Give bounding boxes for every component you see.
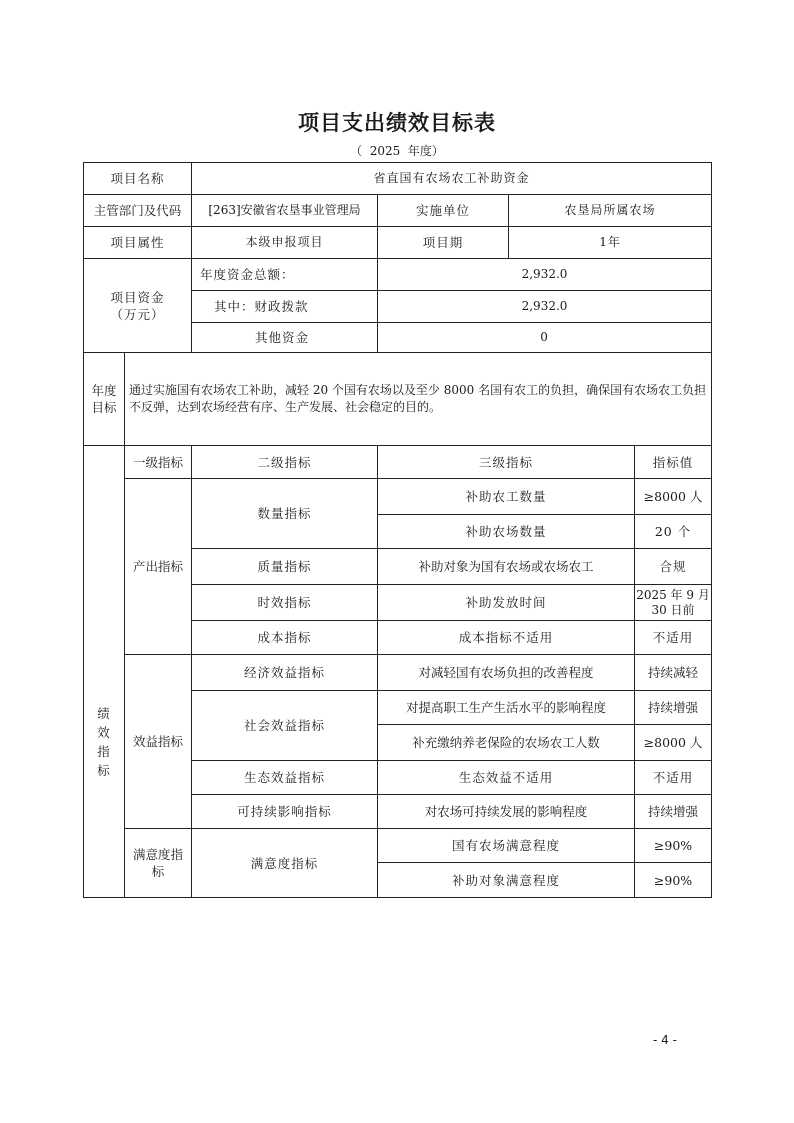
funds-label: 项目资金 （万元） <box>84 259 192 353</box>
header-level1: 一级指标 <box>125 446 192 479</box>
funds-unit-text: （万元） <box>86 306 189 323</box>
indicator-value: 持续减轻 <box>635 655 712 691</box>
indicator-value: 合规 <box>635 549 712 585</box>
project-name-value: 省直国有农场农工补助资金 <box>192 163 712 195</box>
annual-goal-label: 年度 目标 <box>84 353 125 446</box>
performance-target-table: 项目名称 省直国有农场农工补助资金 主管部门及代码 [263]安徽省农垦事业管理… <box>83 162 712 898</box>
indicator-value-line1: 2025 年 9 月 <box>635 588 711 603</box>
implementing-unit-label: 实施单位 <box>378 195 509 227</box>
section-char-3: 指 <box>86 742 122 761</box>
indicator-value: 不适用 <box>635 621 712 655</box>
funds-fiscal-label: 其中：财政拨款 <box>192 291 378 323</box>
indicator-value-line2: 30 日前 <box>635 603 711 618</box>
level1-benefit: 效益指标 <box>125 655 192 829</box>
level3-item: 生态效益不适用 <box>378 761 635 795</box>
funds-other-value: 0 <box>378 323 712 353</box>
indicator-value: ≥8000 人 <box>635 725 712 761</box>
indicator-value: 持续增强 <box>635 795 712 829</box>
level2-satisfaction: 满意度指标 <box>192 829 378 898</box>
annual-goal-text: 通过实施国有农场农工补助，减轻 20 个国有农场以及至少 8000 名国有农工的… <box>125 353 712 446</box>
level2-timeliness: 时效指标 <box>192 585 378 621</box>
project-attribute-label: 项目属性 <box>84 227 192 259</box>
project-period-label: 项目期 <box>378 227 509 259</box>
annual-goal-label-line1: 年度 <box>84 382 124 399</box>
page-number: - 4 - <box>640 1033 690 1047</box>
document-year: （ 2025 年度） <box>0 142 794 159</box>
section-char-4: 标 <box>86 761 122 780</box>
indicator-value: ≥90% <box>635 829 712 863</box>
project-attribute-value: 本级申报项目 <box>192 227 378 259</box>
header-level2: 二级指标 <box>192 446 378 479</box>
level3-item: 国有农场满意程度 <box>378 829 635 863</box>
level3-item: 补助对象满意程度 <box>378 863 635 898</box>
table-row: 效益指标 经济效益指标 对减轻国有农场负担的改善程度 持续减轻 <box>84 655 712 691</box>
annual-goal-label-line2: 目标 <box>84 399 124 416</box>
indicator-value: 20 个 <box>635 515 712 549</box>
header-level3: 三级指标 <box>378 446 635 479</box>
indicator-value: 2025 年 9 月 30 日前 <box>635 585 712 621</box>
table-row: 满意度指标 满意度指标 国有农场满意程度 ≥90% <box>84 829 712 863</box>
funds-total-value: 2,932.0 <box>378 259 712 291</box>
header-value: 指标值 <box>635 446 712 479</box>
section-char-1: 绩 <box>86 704 122 723</box>
project-name-label: 项目名称 <box>84 163 192 195</box>
department-label: 主管部门及代码 <box>84 195 192 227</box>
row-funds-total: 项目资金 （万元） 年度资金总额： 2,932.0 <box>84 259 712 291</box>
level2-quality: 质量指标 <box>192 549 378 585</box>
row-project-name: 项目名称 省直国有农场农工补助资金 <box>84 163 712 195</box>
level2-social: 社会效益指标 <box>192 691 378 761</box>
section-char-2: 效 <box>86 723 122 742</box>
performance-indicators-label: 绩 效 指 标 <box>84 446 125 898</box>
funds-total-label: 年度资金总额： <box>192 259 378 291</box>
level2-ecological: 生态效益指标 <box>192 761 378 795</box>
level3-item: 成本指标不适用 <box>378 621 635 655</box>
level2-quantity: 数量指标 <box>192 479 378 549</box>
indicator-value: 持续增强 <box>635 691 712 725</box>
implementing-unit-value: 农垦局所属农场 <box>509 195 712 227</box>
row-attribute: 项目属性 本级申报项目 项目期 1年 <box>84 227 712 259</box>
level3-item: 补充缴纳养老保险的农场农工人数 <box>378 725 635 761</box>
level2-cost: 成本指标 <box>192 621 378 655</box>
table-row: 产出指标 数量指标 补助农工数量 ≥8000 人 <box>84 479 712 515</box>
indicator-value: ≥90% <box>635 863 712 898</box>
department-value: [263]安徽省农垦事业管理局 <box>192 195 378 227</box>
funds-other-label: 其他资金 <box>192 323 378 353</box>
level2-sustainable: 可持续影响指标 <box>192 795 378 829</box>
indicator-value: ≥8000 人 <box>635 479 712 515</box>
level3-item: 补助农工数量 <box>378 479 635 515</box>
project-period-value: 1年 <box>509 227 712 259</box>
level1-output: 产出指标 <box>125 479 192 655</box>
level2-economic: 经济效益指标 <box>192 655 378 691</box>
level3-item: 对减轻国有农场负担的改善程度 <box>378 655 635 691</box>
level3-item: 补助发放时间 <box>378 585 635 621</box>
funds-label-text: 项目资金 <box>86 289 189 306</box>
row-indicator-header: 绩 效 指 标 一级指标 二级指标 三级指标 指标值 <box>84 446 712 479</box>
indicator-value: 不适用 <box>635 761 712 795</box>
row-annual-goal: 年度 目标 通过实施国有农场农工补助，减轻 20 个国有农场以及至少 8000 … <box>84 353 712 446</box>
level3-item: 对提高职工生产生活水平的影响程度 <box>378 691 635 725</box>
document-title: 项目支出绩效目标表 <box>0 107 794 137</box>
level3-item: 补助对象为国有农场或农场农工 <box>378 549 635 585</box>
level3-item: 对农场可持续发展的影响程度 <box>378 795 635 829</box>
level1-satisfaction: 满意度指标 <box>125 829 192 898</box>
row-department: 主管部门及代码 [263]安徽省农垦事业管理局 实施单位 农垦局所属农场 <box>84 195 712 227</box>
level3-item: 补助农场数量 <box>378 515 635 549</box>
funds-fiscal-value: 2,932.0 <box>378 291 712 323</box>
